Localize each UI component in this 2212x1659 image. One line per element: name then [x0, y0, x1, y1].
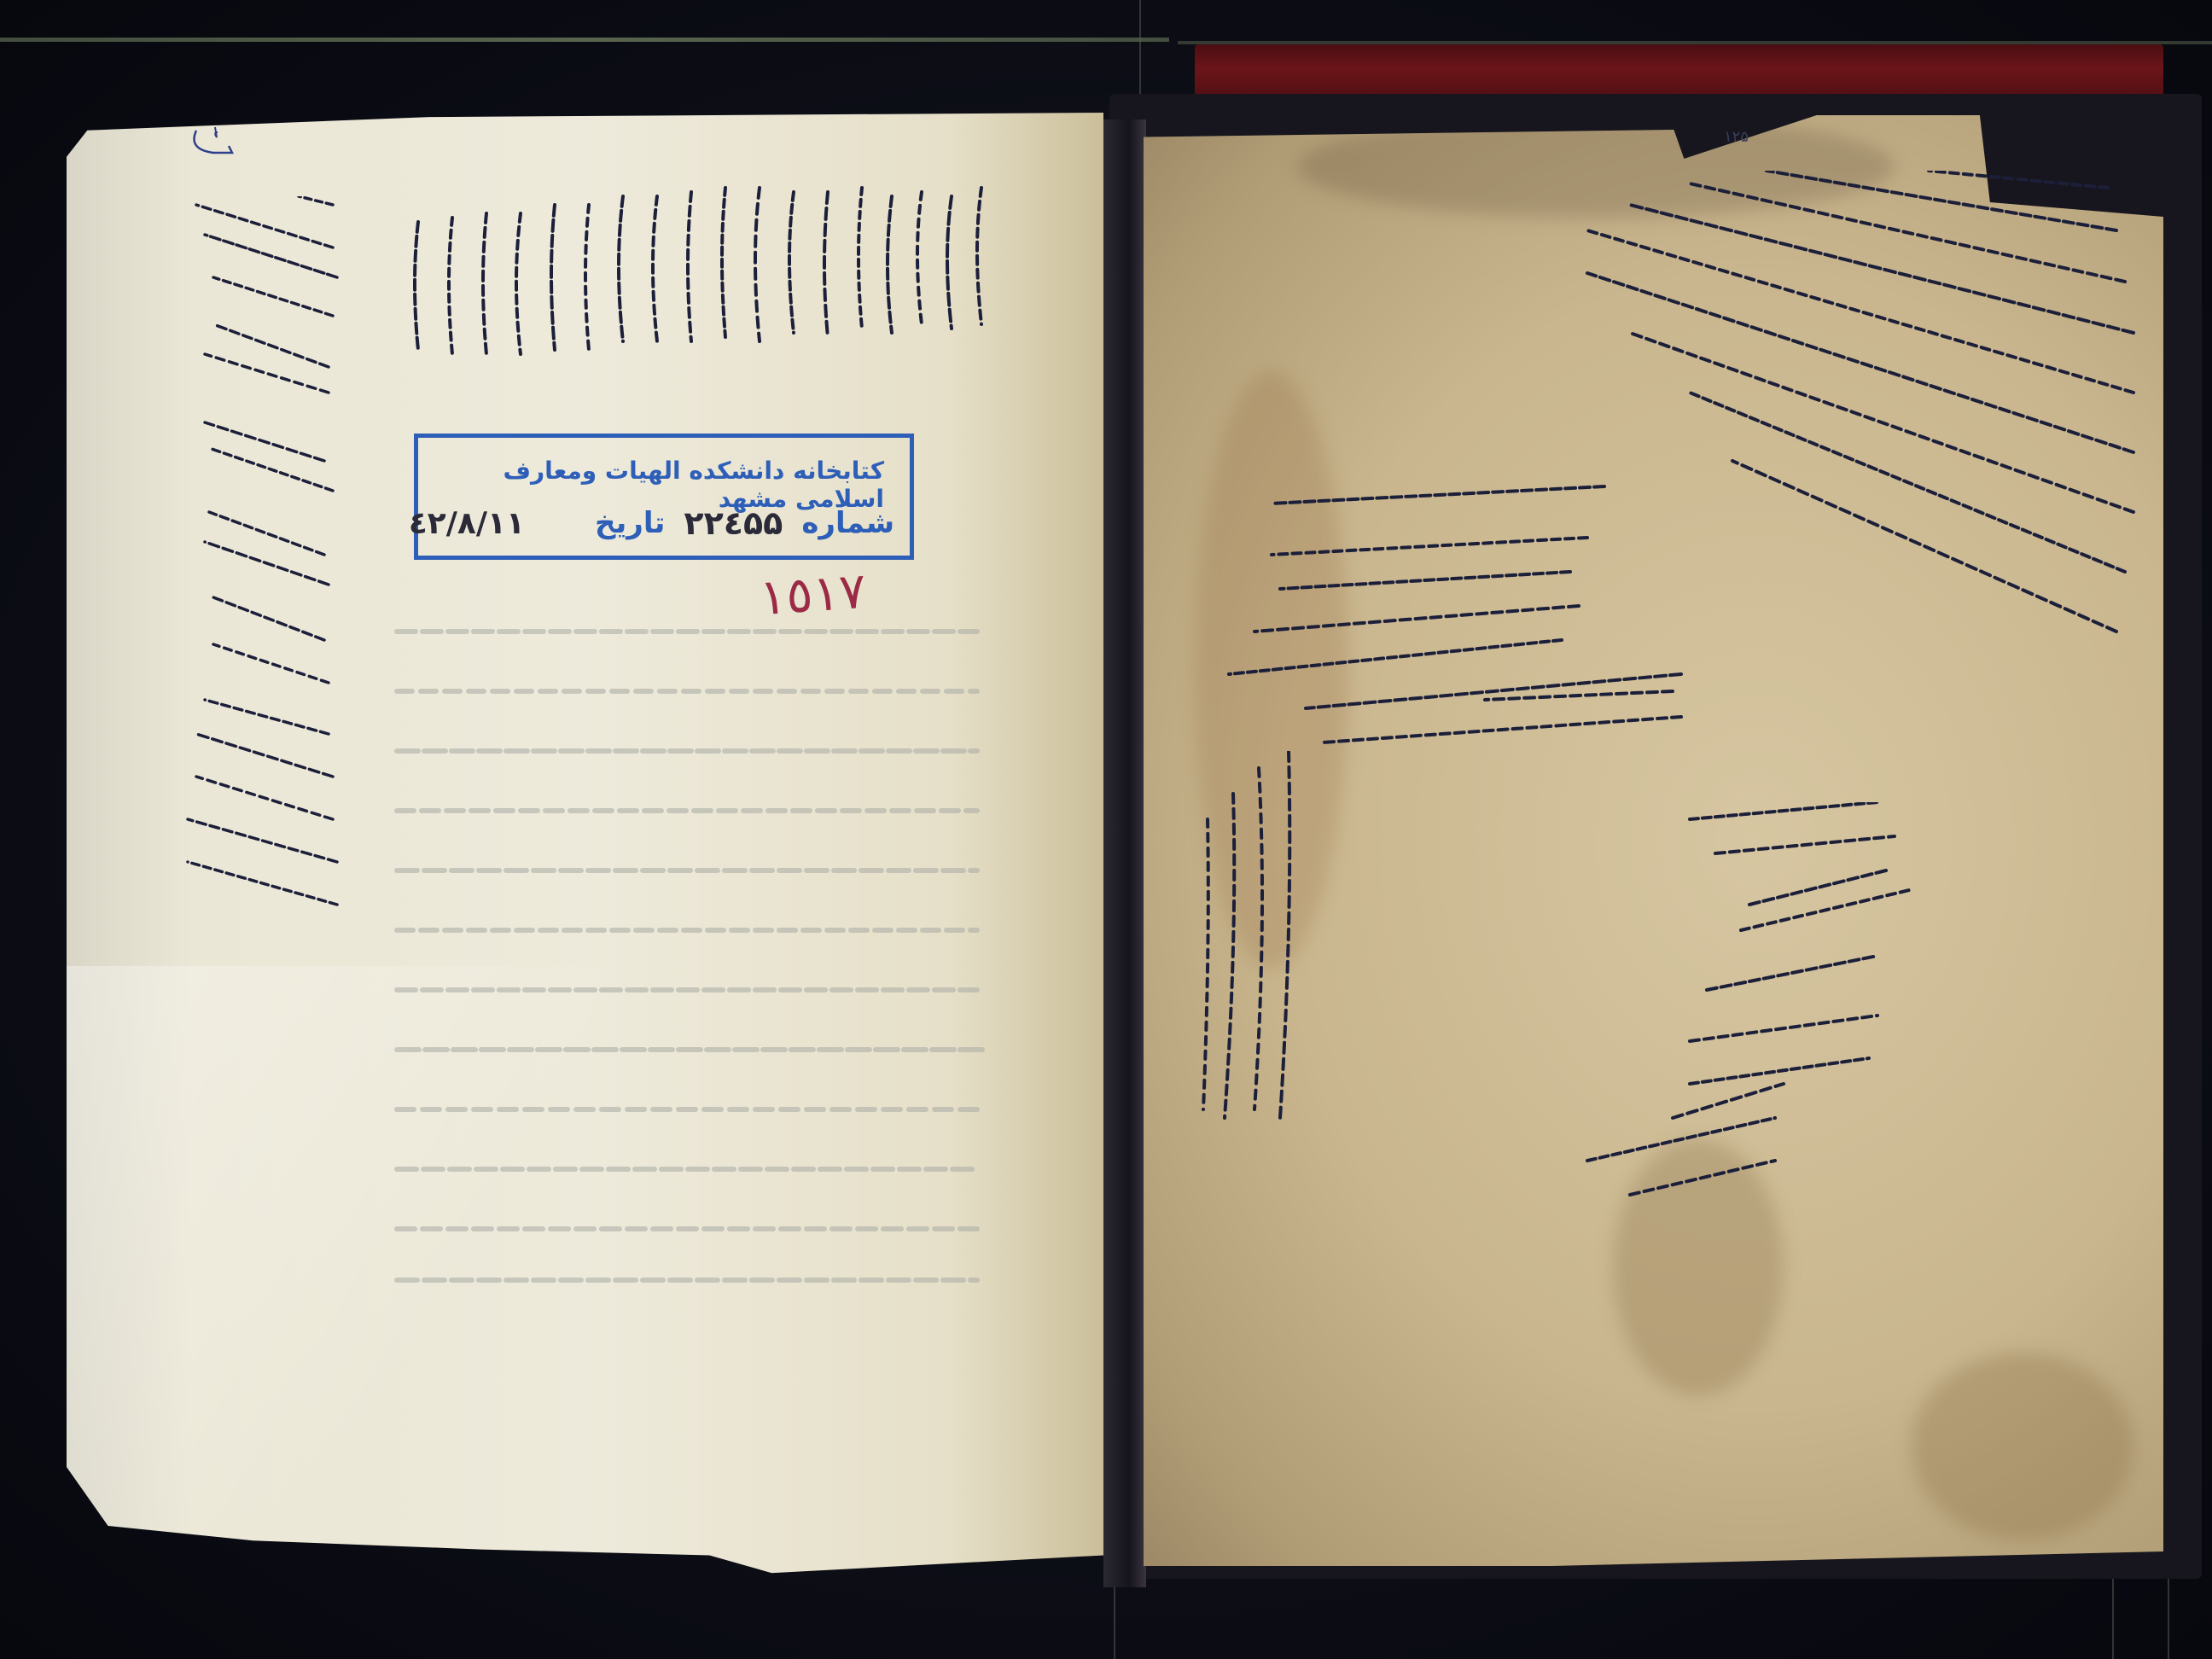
margin-handwritten-notes [162, 196, 350, 913]
water-stain [1912, 1353, 2133, 1540]
corner-note: ۱۲۵ [1724, 128, 1749, 146]
faded-main-text [388, 589, 986, 1289]
background-grid-line [2112, 1570, 2114, 1659]
page-number-mark-icon [188, 124, 239, 158]
background-shelf-line [0, 38, 1169, 42]
stamp-number-label: شماره [801, 506, 894, 540]
stamp-number-value: ۲۲٤۵۵ [684, 504, 783, 542]
library-stamp: کتابخانه دانشکده الهیات ومعارف اسلامی مش… [414, 434, 914, 560]
handwritten-text-block [384, 171, 998, 358]
stamp-date-label: تاریخ [595, 506, 665, 540]
diagonal-handwritten-text [1434, 802, 1912, 1212]
background-grid-line [2168, 1570, 2169, 1659]
stamp-date-value: ۸/۱۱/٤۲ [418, 506, 525, 541]
background-grid-line [1114, 1587, 1115, 1659]
book-gutter [1103, 119, 1146, 1587]
vertical-margin-note [1186, 751, 1323, 1126]
handwritten-line [1451, 666, 1707, 717]
stamp-number-row: شماره ۲۲٤۵۵ تاریخ ۸/۱۱/٤۲ [418, 504, 894, 542]
